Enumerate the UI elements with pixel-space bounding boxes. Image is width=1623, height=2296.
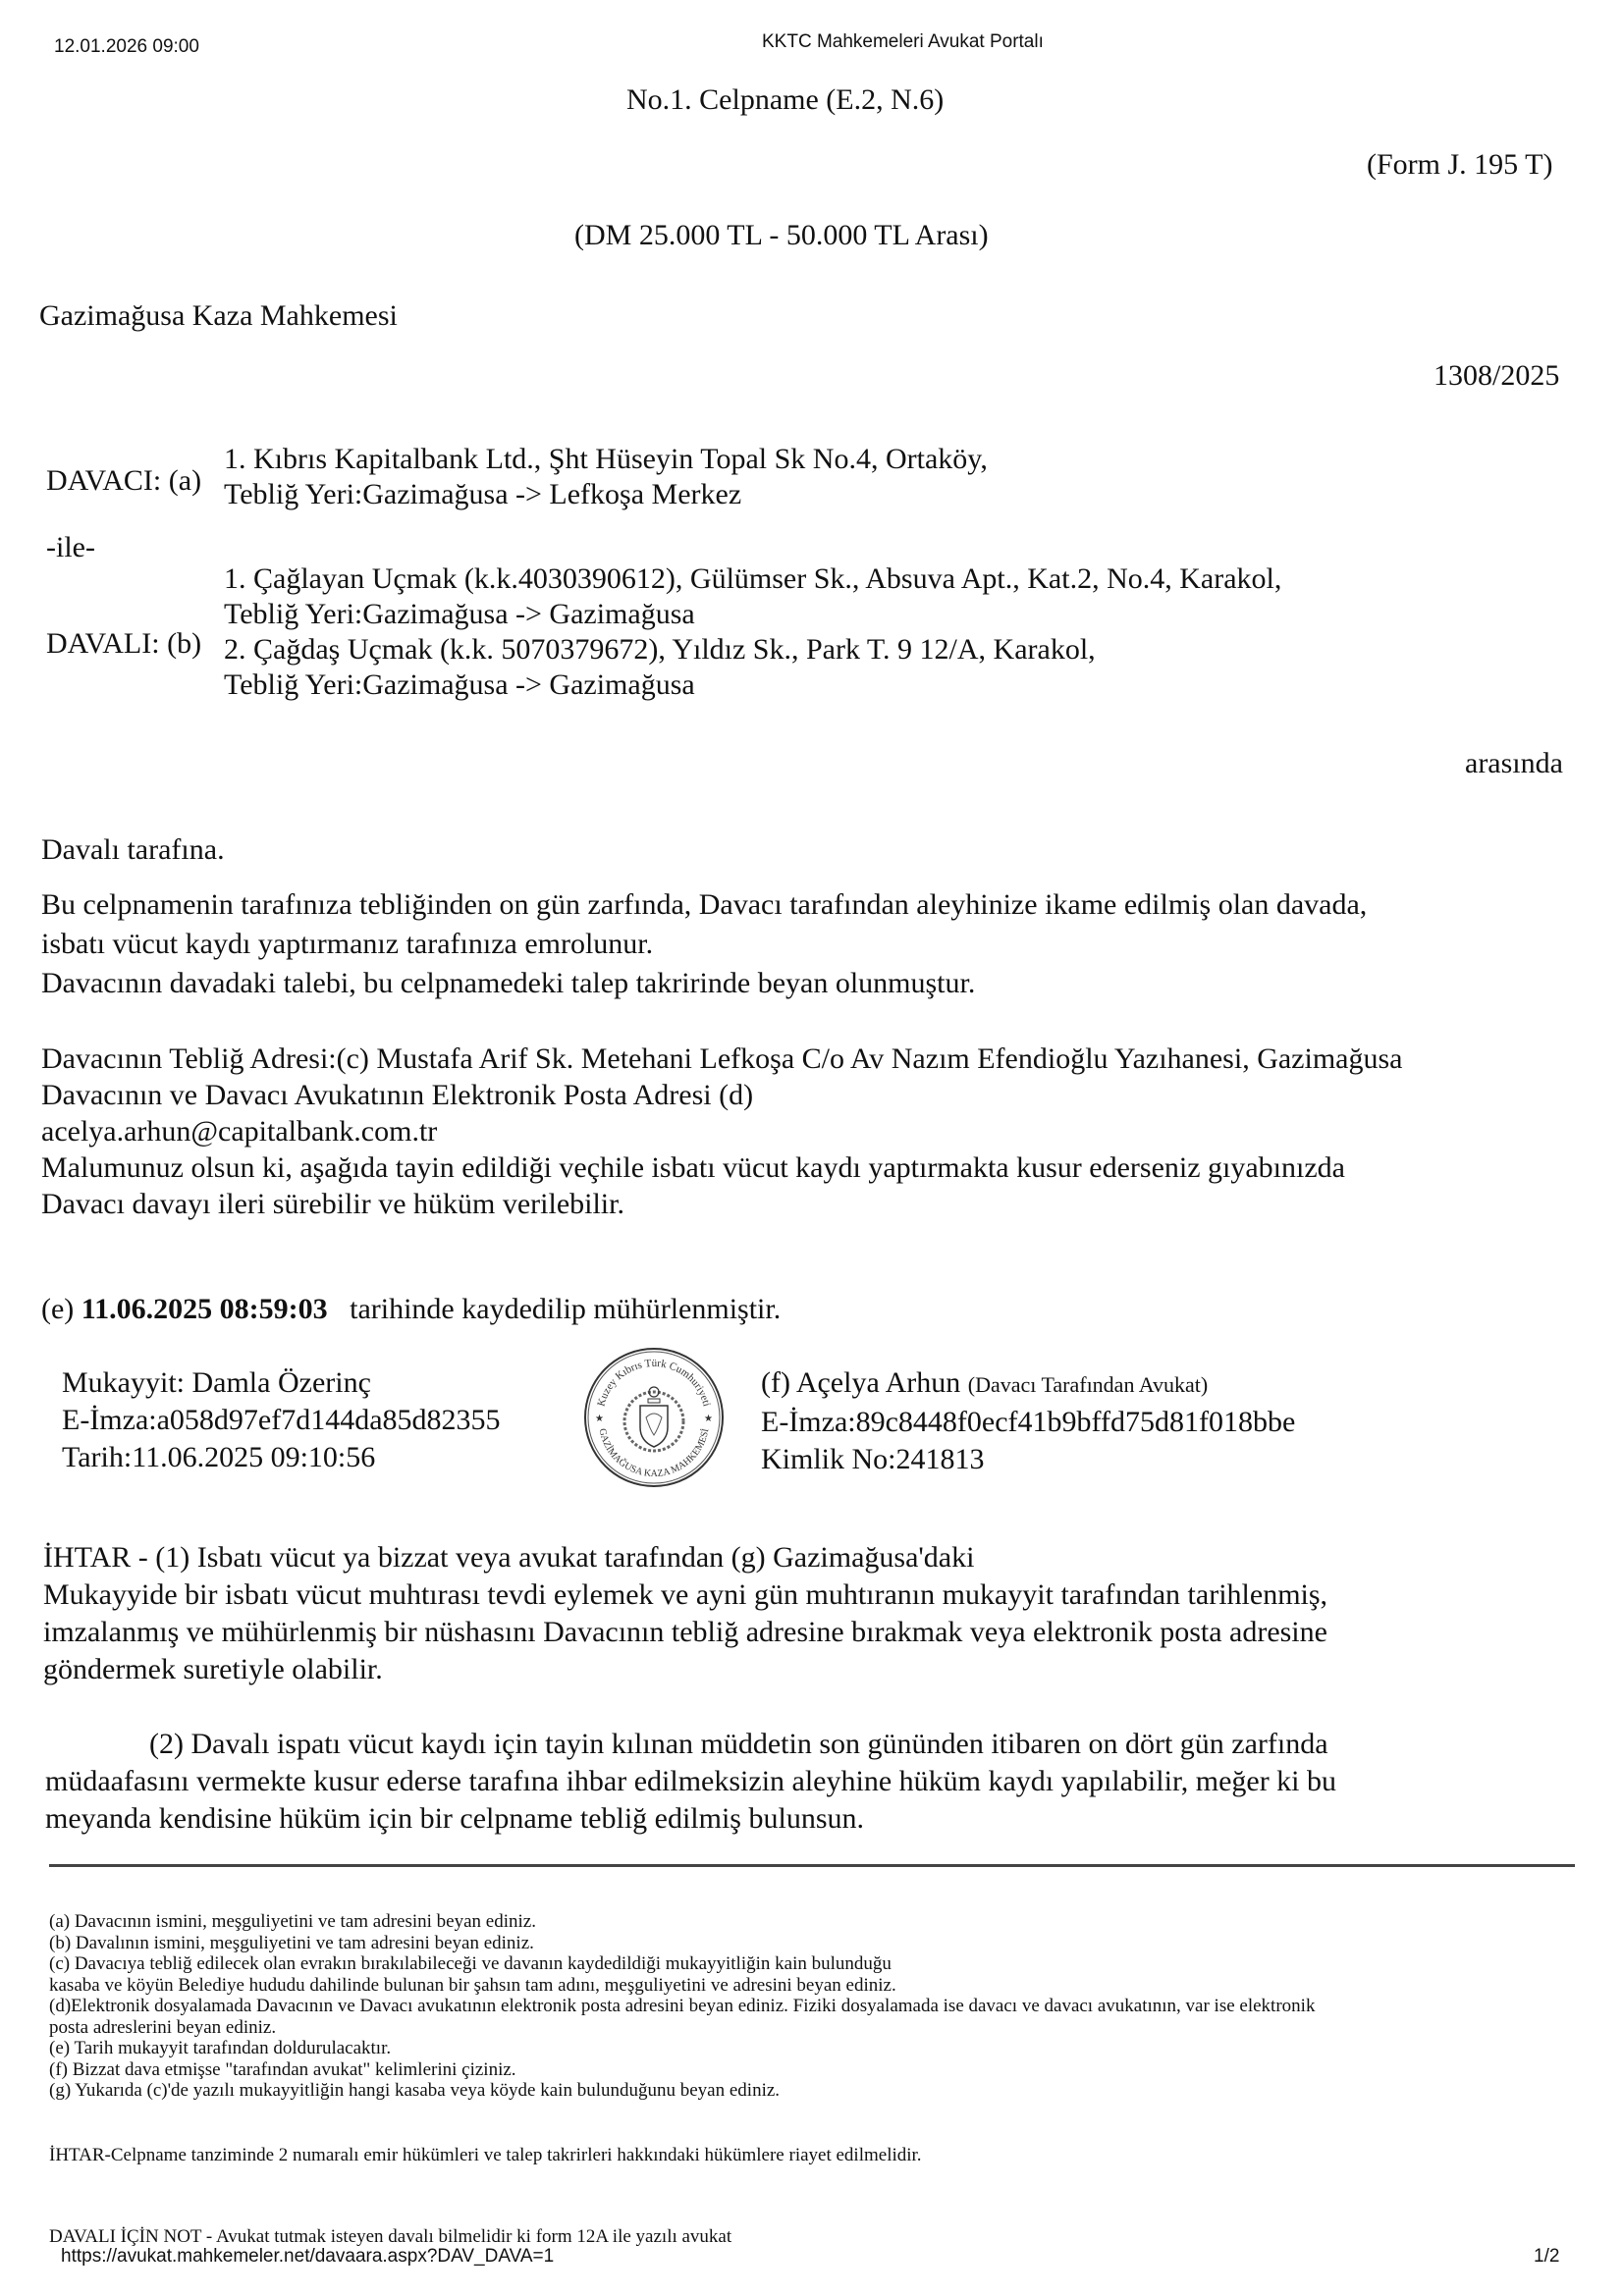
footnote: (c) Davacıya tebliğ edilecek olan evrakı… [49,1953,1315,1975]
lawyer-block: (f) Açelya Arhun (Davacı Tarafından Avuk… [761,1364,1295,1478]
warning-line: meyanda kendisine hüküm için bir celpnam… [45,1800,1336,1838]
defendant-line: Tebliğ Yeri:Gazimağusa -> Gazimağusa [224,597,1281,632]
court-name: Gazimağusa Kaza Mahkemesi [39,298,398,334]
svg-text:★: ★ [704,1414,713,1424]
paragraph-line: Davacının davadaki talebi, bu celpnamede… [41,964,1367,1003]
print-page-number: 1/2 [1534,2246,1559,2268]
defendant-line: 1. Çağlayan Uçmak (k.k.4030390612), Gülü… [224,561,1281,597]
registrar-date: Tarih:11.06.2025 09:10:56 [62,1439,501,1476]
defendant-note: DAVALI İÇİN NOT - Avukat tutmak isteyen … [49,2226,731,2248]
svg-text:Kuzey Kıbrıs Türk Cumhuriyeti: Kuzey Kıbrıs Türk Cumhuriyeti [595,1358,712,1408]
warning-line: müdaafasını vermekte kusur ederse tarafı… [45,1763,1336,1800]
paragraph-line: Malumunuz olsun ki, aşağıda tayin edildi… [41,1149,1402,1186]
plaintiff-line: 1. Kıbrıs Kapitalbank Ltd., Şht Hüseyin … [224,442,988,477]
registration-suffix: tarihinde kaydedilip mühürlenmiştir. [350,1293,781,1325]
svg-text:★: ★ [595,1414,604,1424]
print-page-title: KKTC Mahkemeleri Avukat Portalı [762,31,1044,53]
paragraph-line: Davacının Tebliğ Adresi:(c) Mustafa Arif… [41,1041,1402,1077]
plaintiff-details: 1. Kıbrıs Kapitalbank Ltd., Şht Hüseyin … [224,442,988,512]
warning-line: Mukayyide bir isbatı vücut muhtırası tev… [43,1576,1327,1614]
defendant-details: 1. Çağlayan Uçmak (k.k.4030390612), Gülü… [224,561,1281,703]
registration-line: (e) 11.06.2025 08:59:03 tarihinde kayded… [41,1292,781,1327]
warning-line: (2) Davalı ispatı vücut kaydı için tayin… [45,1726,1336,1763]
paragraph-line: Davacı davayı ileri sürebilir ve hüküm v… [41,1186,1402,1222]
warning-line: imzalanmış ve mühürlenmiş bir nüshasını … [43,1614,1327,1651]
summons-paragraph: Bu celpnamenin tarafınıza tebliğinden on… [41,885,1367,1003]
lawyer-name: (f) Açelya Arhun [761,1366,960,1399]
warning-line: İHTAR - (1) Isbatı vücut ya bizzat veya … [43,1539,1327,1576]
between-label: -ile- [46,530,95,565]
footnote: (b) Davalının ismini, meşguliyetini ve t… [49,1933,1315,1954]
document-title: No.1. Celpname (E.2, N.6) [626,82,944,118]
registrar-name: Mukayyit: Damla Özerinç [62,1364,501,1402]
defendant-label: DAVALI: (b) [46,626,201,662]
registration-prefix: (e) [41,1293,74,1325]
print-url[interactable]: https://avukat.mahkemeler.net/davaara.as… [61,2246,554,2268]
lawyer-id: Kimlik No:241813 [761,1441,1295,1478]
footnotes: (a) Davacının ismini, meşguliyetini ve t… [49,1911,1315,2102]
print-datetime: 12.01.2026 09:00 [54,36,199,58]
footnote: (e) Tarih mukayyit tarafından doldurulac… [49,2038,1315,2059]
ihtar-note: İHTAR-Celpname tanziminde 2 numaralı emi… [49,2145,922,2166]
address-paragraph: Davacının Tebliğ Adresi:(c) Mustafa Arif… [41,1041,1402,1222]
registrar-block: Mukayyit: Damla Özerinç E-İmza:a058d97ef… [62,1364,501,1476]
lawyer-role: (Davacı Tarafından Avukat) [968,1372,1208,1397]
plaintiff-label: DAVACI: (a) [46,463,201,499]
amount-range: (DM 25.000 TL - 50.000 TL Arası) [574,218,989,253]
defendant-line: Tebliğ Yeri:Gazimağusa -> Gazimağusa [224,667,1281,703]
paragraph-line: Davacının ve Davacı Avukatının Elektroni… [41,1077,1402,1113]
footnote-divider [49,1864,1575,1867]
footnote: (f) Bizzat dava etmişse "tarafından avuk… [49,2059,1315,2081]
warning-line: göndermek suretiyle olabilir. [43,1651,1327,1688]
warning-1: İHTAR - (1) Isbatı vücut ya bizzat veya … [43,1539,1327,1688]
paragraph-line: Bu celpnamenin tarafınıza tebliğinden on… [41,885,1367,925]
addressee: Davalı tarafına. [41,832,225,868]
defendant-line: 2. Çağdaş Uçmak (k.k. 5070379672), Yıldı… [224,632,1281,667]
email-address[interactable]: acelya.arhun@capitalbank.com.tr [41,1113,1402,1149]
footnote: (a) Davacının ismini, meşguliyetini ve t… [49,1911,1315,1933]
between-suffix: arasında [1465,746,1563,781]
plaintiff-line: Tebliğ Yeri:Gazimağusa -> Lefkoşa Merkez [224,477,988,512]
footnote: posta adreslerini beyan ediniz. [49,2017,1315,2039]
paragraph-line: isbatı vücut kaydı yaptırmanız tarafınız… [41,925,1367,964]
form-number: (Form J. 195 T) [1367,147,1552,183]
footnote: (g) Yukarıda (c)'de yazılı mukayyitliğin… [49,2080,1315,2102]
footnote: kasaba ve köyün Belediye hududu dahilind… [49,1975,1315,1997]
case-number: 1308/2025 [1434,358,1559,394]
court-seal-icon: Kuzey Kıbrıs Türk Cumhuriyeti GAZİMAĞUSA… [581,1345,727,1490]
registration-datetime: 11.06.2025 08:59:03 [81,1293,328,1325]
registrar-signature: E-İmza:a058d97ef7d144da85d82355 [62,1402,501,1439]
lawyer-signature: E-İmza:89c8448f0ecf41b9bffd75d81f018bbe [761,1404,1295,1441]
footnote: (d)Elektronik dosyalamada Davacının ve D… [49,1996,1315,2017]
warning-2: (2) Davalı ispatı vücut kaydı için tayin… [45,1726,1336,1838]
